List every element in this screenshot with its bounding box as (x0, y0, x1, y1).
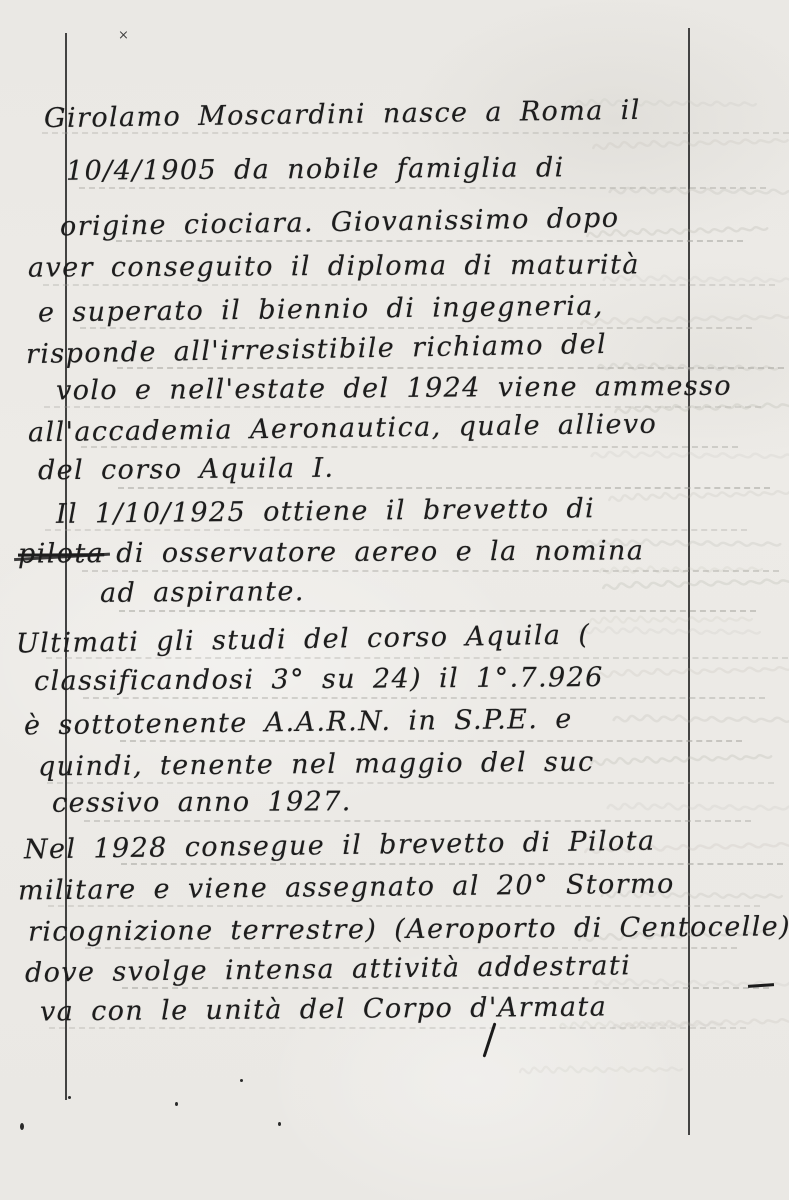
manuscript-line: va con le unità del Corpo d'Armata (40, 988, 608, 1033)
pen-mark-x: × (118, 28, 129, 43)
manuscript-line: ad aspirante. (100, 572, 305, 614)
manuscript-line: aver conseguito il diploma di maturità (28, 245, 640, 288)
struck-word: pilota (18, 538, 104, 569)
manuscript-line: ricognizione terrestre) (Aeroporto di Ce… (28, 907, 789, 952)
manuscript-line: pilotadi osservatore aereo e la nomina (18, 531, 644, 574)
ink-speck (278, 1122, 281, 1126)
manuscript-line: quindi, tenente nel maggio del suc (38, 743, 595, 788)
ink-speck (68, 1096, 71, 1099)
manuscript-line: Girolamo Moscardini nasce a Roma il (44, 91, 641, 139)
manuscript-line: del corso Aquila I. (38, 449, 335, 492)
manuscript-line: Il 1/10/1925 ottiene il brevetto di (56, 489, 596, 535)
ink-speck (20, 1123, 24, 1130)
right-margin-line (688, 28, 690, 1135)
paper: Girolamo Moscardini nasce a Roma il10/4/… (0, 0, 789, 1200)
ink-speck (240, 1079, 243, 1082)
manuscript-line: classificandosi 3° su 24) il 1°.7.926 (34, 658, 604, 702)
manuscript-line: 10/4/1905 da nobile famiglia di (66, 148, 565, 191)
manuscript-line-text: di osservatore aereo e la nomina (116, 535, 644, 569)
ink-speck (175, 1102, 178, 1106)
manuscript-line: cessivo anno 1927. (52, 782, 352, 824)
manuscript-line: è sottotenente A.A.R.N. in S.P.E. e (24, 700, 573, 747)
manuscript-line: dove svolge intensa attività addestrati (25, 946, 632, 993)
manuscript-line: militare e viene assegnato al 20° Stormo (18, 865, 675, 912)
